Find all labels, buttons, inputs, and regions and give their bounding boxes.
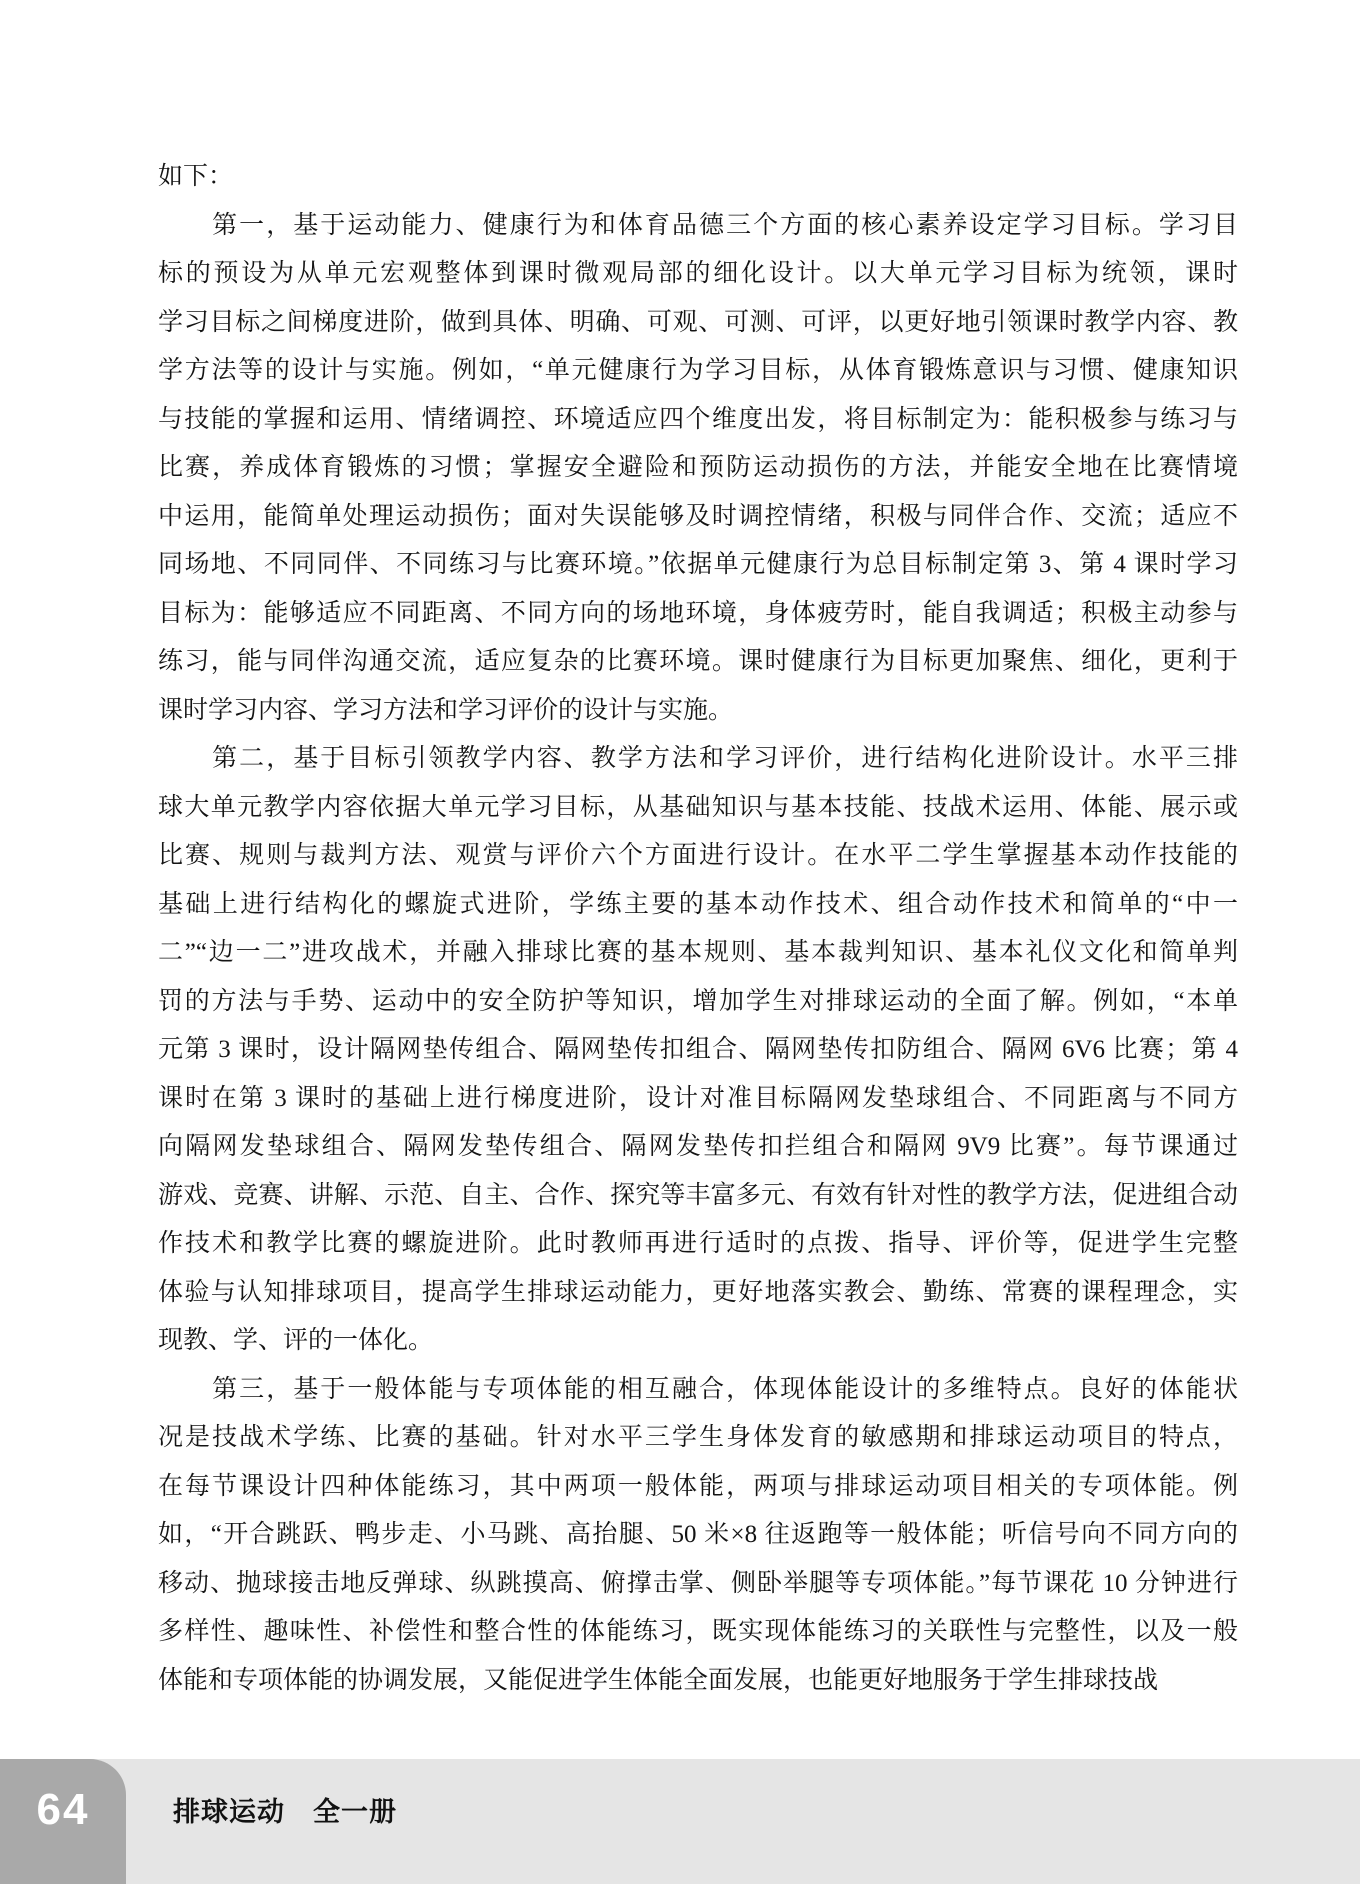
text-line: 二”“边一二”进攻战术，并融入排球比赛的基本规则、基本裁判知识、基本礼仪文化和简… xyxy=(158,929,1238,978)
footer-book-title: 排球运动 全一册 xyxy=(173,1790,397,1829)
text-line: 学习目标之间梯度进阶，做到具体、明确、可观、可测、可评，以更好地引领课时教学内容… xyxy=(158,299,1238,348)
text-line: 课时在第 3 课时的基础上进行梯度进阶，设计对准目标隔网发垫球组合、不同距离与不… xyxy=(158,1075,1238,1124)
text-line: 标的预设为从单元宏观整体到课时微观局部的细化设计。以大单元学习目标为统领，课时 xyxy=(158,250,1238,299)
text-line: 体能和专项体能的协调发展，又能促进学生体能全面发展，也能更好地服务于学生排球技战 xyxy=(158,1657,1238,1706)
text-line: 在每节课设计四种体能练习，其中两项一般体能，两项与排球运动项目相关的专项体能。例 xyxy=(158,1463,1238,1512)
text-line: 游戏、竞赛、讲解、示范、自主、合作、探究等丰富多元、有效有针对性的教学方法，促进… xyxy=(158,1172,1238,1221)
page-number-tab: 64 xyxy=(0,1759,126,1884)
text-line: 罚的方法与手势、运动中的安全防护等知识，增加学生对排球运动的全面了解。例如，“本… xyxy=(158,978,1238,1027)
text-line: 多样性、趣味性、补偿性和整合性的体能练习，既实现体能练习的关联性与完整性，以及一… xyxy=(158,1608,1238,1657)
page-number: 64 xyxy=(0,1785,126,1835)
footer-band: 64 排球运动 全一册 xyxy=(0,1759,1360,1884)
text-line: 基础上进行结构化的螺旋式进阶，学练主要的基本动作技术、组合动作技术和简单的“中一 xyxy=(158,881,1238,930)
text-line: 同场地、不同同伴、不同练习与比赛环境。”依据单元健康行为总目标制定第 3、第 4… xyxy=(158,541,1238,590)
text-line: 课时学习内容、学习方法和学习评价的设计与实施。 xyxy=(158,687,1238,736)
text-line: 比赛、规则与裁判方法、观赏与评价六个方面进行设计。在水平二学生掌握基本动作技能的 xyxy=(158,832,1238,881)
text-line: 第三，基于一般体能与专项体能的相互融合，体现体能设计的多维特点。良好的体能状 xyxy=(158,1366,1238,1415)
body-text: 如下： 第一，基于运动能力、健康行为和体育品德三个方面的核心素养设定学习目标。学… xyxy=(158,153,1238,1705)
text-line: 向隔网发垫球组合、隔网发垫传组合、隔网发垫传扣拦组合和隔网 9V9 比赛”。每节… xyxy=(158,1123,1238,1172)
text-line: 如，“开合跳跃、鸭步走、小马跳、高抬腿、50 米×8 往返跑等一般体能；听信号向… xyxy=(158,1511,1238,1560)
text-line: 现教、学、评的一体化。 xyxy=(158,1317,1238,1366)
text-line: 与技能的掌握和运用、情绪调控、环境适应四个维度出发，将目标制定为：能积极参与练习… xyxy=(158,396,1238,445)
text-line: 元第 3 课时，设计隔网垫传组合、隔网垫传扣组合、隔网垫传扣防组合、隔网 6V6… xyxy=(158,1026,1238,1075)
text-line: 第一，基于运动能力、健康行为和体育品德三个方面的核心素养设定学习目标。学习目 xyxy=(158,202,1238,251)
text-line: 练习，能与同伴沟通交流，适应复杂的比赛环境。课时健康行为目标更加聚焦、细化，更利… xyxy=(158,638,1238,687)
text-line: 如下： xyxy=(158,153,1238,202)
text-line: 第二，基于目标引领教学内容、教学方法和学习评价，进行结构化进阶设计。水平三排 xyxy=(158,735,1238,784)
text-line: 况是技战术学练、比赛的基础。针对水平三学生身体发育的敏感期和排球运动项目的特点， xyxy=(158,1414,1238,1463)
text-line: 移动、抛球接击地反弹球、纵跳摸高、俯撑击掌、侧卧举腿等专项体能。”每节课花 10… xyxy=(158,1560,1238,1609)
text-line: 球大单元教学内容依据大单元学习目标，从基础知识与基本技能、技战术运用、体能、展示… xyxy=(158,784,1238,833)
text-line: 体验与认知排球项目，提高学生排球运动能力，更好地落实教会、勤练、常赛的课程理念，… xyxy=(158,1269,1238,1318)
text-line: 中运用，能简单处理运动损伤；面对失误能够及时调控情绪，积极与同伴合作、交流；适应… xyxy=(158,493,1238,542)
text-line: 学方法等的设计与实施。例如，“单元健康行为学习目标，从体育锻炼意识与习惯、健康知… xyxy=(158,347,1238,396)
text-line: 作技术和教学比赛的螺旋进阶。此时教师再进行适时的点拨、指导、评价等，促进学生完整 xyxy=(158,1220,1238,1269)
text-line: 比赛，养成体育锻炼的习惯；掌握安全避险和预防运动损伤的方法，并能安全地在比赛情境 xyxy=(158,444,1238,493)
text-line: 目标为：能够适应不同距离、不同方向的场地环境，身体疲劳时，能自我调适；积极主动参… xyxy=(158,590,1238,639)
